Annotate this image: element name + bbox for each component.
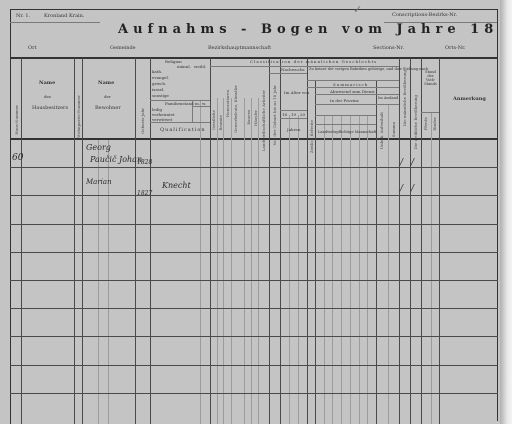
- class-col-clergy: Geistliche: [211, 110, 216, 130]
- age-18: 18: [282, 112, 287, 117]
- remarks-header: Anmerkung: [453, 96, 486, 102]
- form-title: Aufnahms - Bogen vom Jahre 18: [118, 22, 498, 37]
- sub-col-line: [289, 115, 290, 424]
- class-col-cottagers: Häusler: [253, 110, 258, 126]
- owner-name-l1: Name: [39, 80, 55, 86]
- resident-name-l1: Name: [98, 80, 114, 86]
- field-place: Ort: [28, 45, 37, 51]
- right-border: [497, 9, 498, 421]
- military-header: Nachwuchs: [281, 67, 305, 72]
- header-rule: [280, 118, 307, 119]
- label-underline: [10, 22, 100, 23]
- col-line: [439, 58, 440, 424]
- livestock-header: Stand des Vieh- Stands: [423, 70, 438, 86]
- row2-qualification[interactable]: Knecht: [162, 181, 191, 190]
- sub-col-line: [350, 115, 351, 424]
- religion-female: weibl.: [194, 64, 206, 69]
- religion-row: israel.: [152, 87, 165, 92]
- owner-name-l2: des: [44, 94, 51, 99]
- header-rule: [280, 110, 307, 111]
- header-rule: [150, 122, 210, 123]
- class-col-tradesmen: Gewerbsleute, Künstler: [233, 85, 238, 133]
- header-rule: [421, 112, 439, 113]
- field-municipality: Gemeinde: [110, 45, 136, 51]
- owner-name-l3: Hausbesitzers: [32, 105, 68, 111]
- in-province-header: In der Provinz: [330, 98, 359, 103]
- header-rule: [269, 73, 307, 74]
- row-line: [10, 224, 498, 225]
- left-border: [10, 9, 11, 424]
- col-house-no: Haus-Nummer: [14, 105, 19, 135]
- field-section-no: Sections-Nr.: [373, 45, 404, 51]
- row1-birth-year[interactable]: 1828: [137, 159, 152, 166]
- header-bottom-rule: [10, 138, 498, 140]
- header-rule: [307, 87, 399, 88]
- sub-col-line: [298, 115, 299, 424]
- summary-header: Summarisch: [333, 82, 368, 87]
- sub-col-line: [431, 112, 432, 424]
- resident-name-l2: der: [104, 94, 111, 99]
- sub-col-line: [231, 98, 232, 424]
- check-mark: ✓: [353, 3, 362, 16]
- header-rule: [315, 94, 399, 95]
- sub-col-line: [367, 115, 368, 424]
- row-line: [10, 280, 498, 281]
- col-birth-year: Geburts-Jahr: [140, 108, 145, 134]
- row1-tally-female[interactable]: /: [411, 158, 414, 168]
- sub-col-line: [223, 98, 224, 424]
- header-rule: [192, 106, 210, 107]
- field-place-no: Orts-Nr.: [445, 45, 466, 51]
- page-edge: [500, 0, 512, 424]
- qualification-header: Qualification: [160, 127, 206, 133]
- female-pop-header: Die weibliche Bevölkerung: [413, 95, 418, 149]
- row1-resident-line2[interactable]: Paučič Johan: [90, 155, 142, 164]
- age-19: 19: [291, 112, 296, 117]
- field-district-authority: Bezirkshauptmannschaft: [208, 45, 271, 51]
- age-group-title: Im Alter von: [284, 90, 309, 95]
- col-line: [399, 58, 400, 424]
- class-col-officials: Beamte: [218, 115, 223, 130]
- col-line: [74, 58, 75, 424]
- row-line: [10, 252, 498, 253]
- row-line: [10, 308, 498, 309]
- row-line: [10, 365, 498, 366]
- classification-title: Classification der männlichen Geschlecht…: [250, 59, 377, 64]
- total-header: Summa: [391, 122, 396, 137]
- livestock-horses: Pferde: [423, 117, 428, 130]
- years-label: Jahren: [287, 127, 300, 132]
- col-line: [135, 58, 136, 424]
- row-line: [10, 167, 498, 168]
- row2-resident[interactable]: Marian: [86, 178, 112, 186]
- row-line: [10, 393, 498, 394]
- header-rule: [315, 124, 376, 125]
- top-border: [10, 9, 498, 10]
- religion-row: griech.: [152, 81, 166, 86]
- row1-house-no[interactable]: 60: [12, 153, 23, 163]
- row2-birth-year[interactable]: 1827: [137, 190, 152, 197]
- sub-col-line: [332, 115, 333, 424]
- sub-col-line: [341, 115, 342, 424]
- sub-col-line: [258, 98, 259, 424]
- belonging-note: Zu keiner der vorigen Rubriken gehörige,…: [309, 67, 428, 71]
- row-line: [10, 195, 498, 196]
- class-col-farmers: Bauern: [246, 110, 251, 125]
- male-total-header: Die männliche Bevölkerung: [402, 70, 407, 126]
- religion-row: sonstige: [152, 93, 169, 98]
- row1-resident-line1[interactable]: Georg: [86, 143, 111, 152]
- col-line: [82, 58, 83, 424]
- status-col-b: w.: [202, 101, 206, 106]
- row1-tally-male[interactable]: /: [400, 158, 403, 168]
- sub-col-line: [388, 104, 389, 424]
- col-line: [280, 58, 281, 424]
- unknown-location-header: Unbek. Aufenthalt: [379, 112, 384, 149]
- col-line: [307, 58, 308, 424]
- col-apartment-no: Wohnpartei-Nummer: [76, 95, 81, 138]
- col-line: [150, 58, 151, 424]
- row2-tally-male[interactable]: /: [400, 184, 403, 194]
- other-header: Zeitlich Befreite: [309, 120, 314, 153]
- resident-name-l3: Bewohner: [95, 105, 121, 111]
- religion-row: evangel.: [152, 75, 169, 80]
- header-rule: [307, 80, 399, 81]
- col-line: [21, 58, 22, 424]
- sub-col-line: [200, 100, 201, 424]
- abroad-header: Im Ausland: [378, 96, 398, 100]
- form-number: Nr. 1.: [16, 13, 30, 19]
- col-line: [410, 58, 411, 424]
- col-line: [269, 58, 270, 424]
- sub-col-line: [217, 98, 218, 424]
- sub-col-line: [244, 98, 245, 424]
- sub-col-line: [324, 115, 325, 424]
- religion-row: kath.: [152, 69, 162, 74]
- status-col-a: m.: [195, 101, 200, 106]
- row-line: [10, 336, 498, 337]
- sub-col-line: [359, 115, 360, 424]
- status-row: verwitwet: [152, 117, 172, 122]
- class-col-notables: Honoratioren: [225, 90, 230, 117]
- sub-col-line: [251, 98, 252, 424]
- row2-tally-female[interactable]: /: [411, 184, 414, 194]
- military-reserve-header: Landwehrpflichtige Mannschaft: [318, 130, 376, 134]
- religion-male: männl.: [177, 64, 191, 69]
- class-col-farmworkers: Landwirthschaftliche Arbeiter: [261, 90, 266, 151]
- age-20: 20: [300, 112, 305, 117]
- conscription-district-label: Conscriptions-Bezirks-Nr.: [392, 12, 457, 18]
- absent-header: Abwesend zum Dienst: [330, 89, 375, 94]
- status-title: Familienstand: [165, 101, 194, 106]
- livestock-cattle: Rinder: [432, 117, 437, 131]
- under-18-header: Von der Geburt bis zu 18 Jahr: [272, 85, 277, 145]
- header-rule: [315, 104, 399, 105]
- header-rule: [315, 115, 376, 116]
- crownland-label: Kronland Krain.: [44, 13, 84, 19]
